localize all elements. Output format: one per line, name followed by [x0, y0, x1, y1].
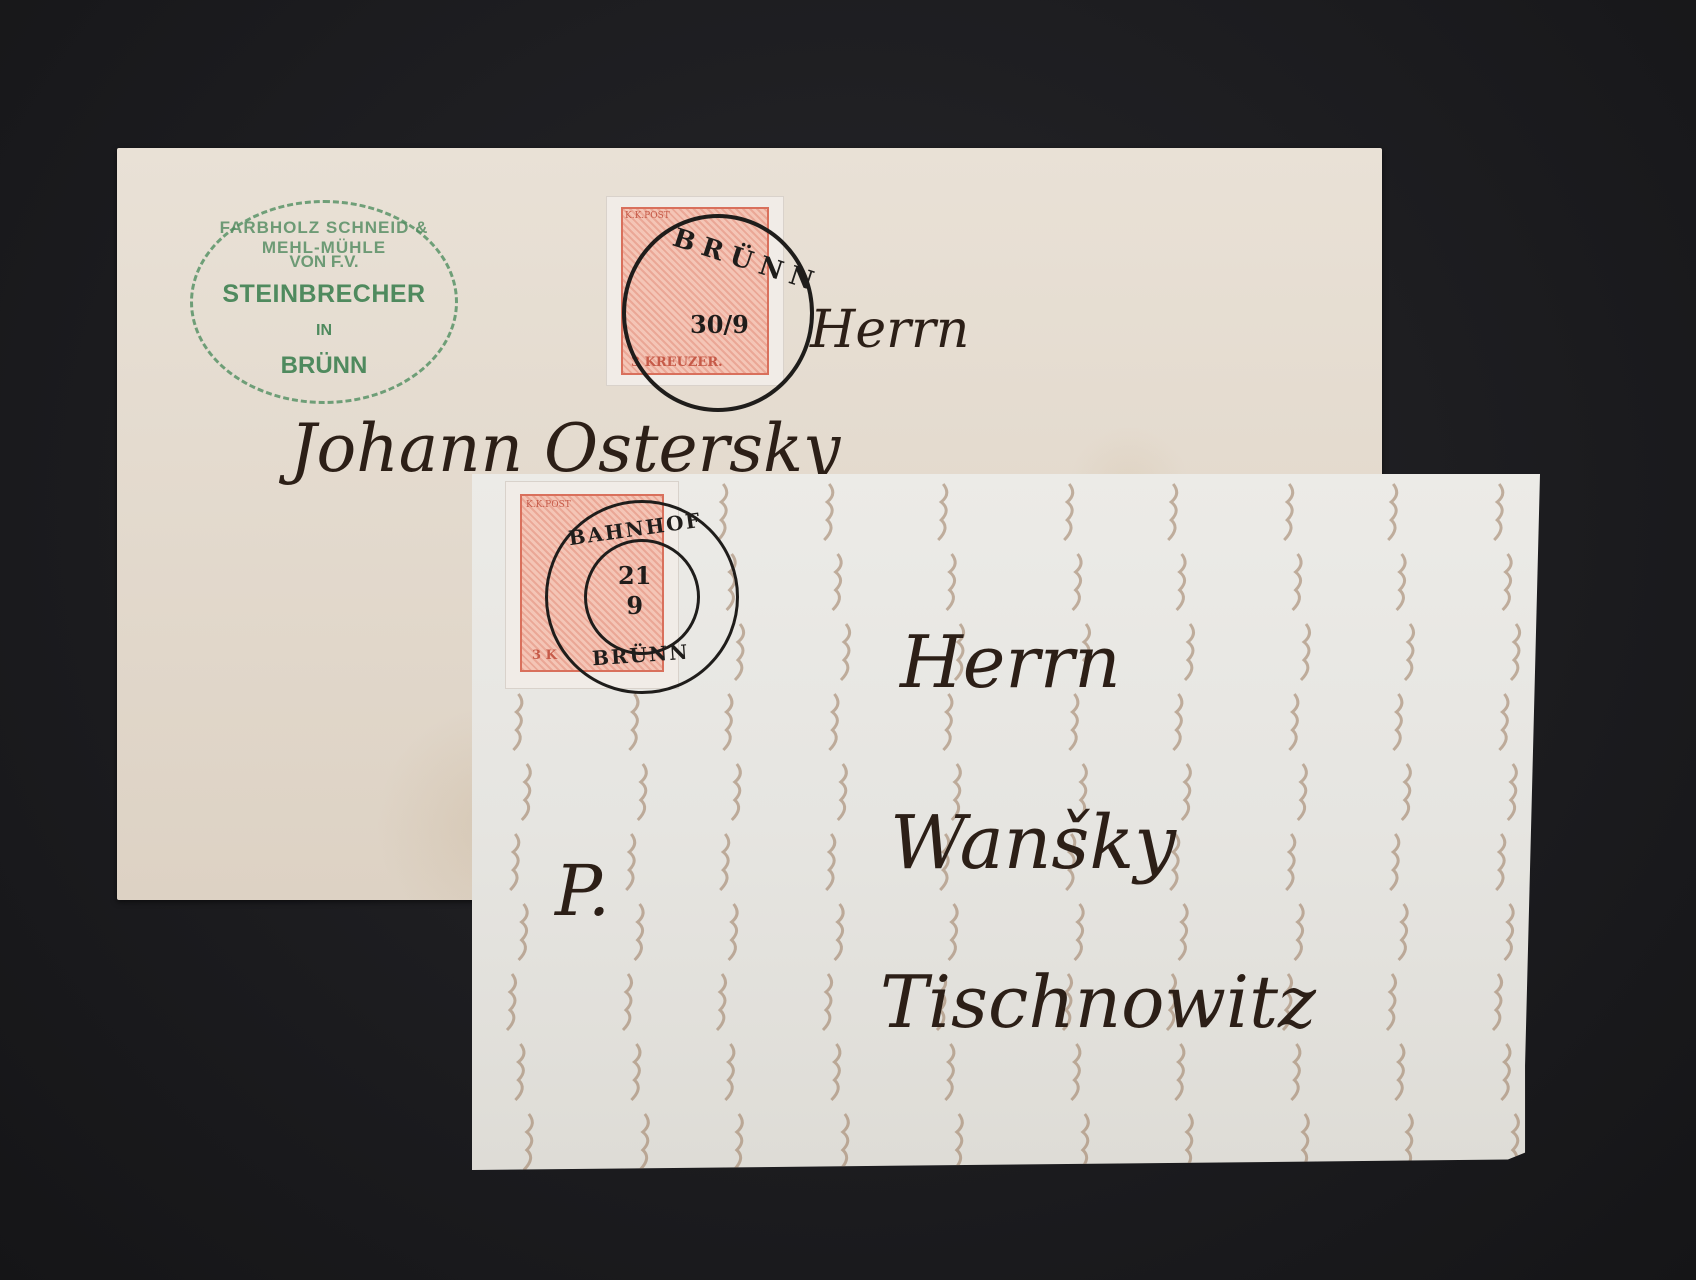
postmark-bottom: BRÜNN: [591, 640, 690, 671]
company-cachet: FARBHOLZ SCHNEID & MEHL-MÜHLE VON F.V. S…: [190, 200, 458, 404]
stamp-top-text: K.K.POST: [526, 500, 571, 510]
stamp-top-text: K.K.POST: [625, 211, 670, 221]
front-address-town: Tischnowitz: [880, 960, 1316, 1044]
cachet-in: IN: [190, 322, 458, 340]
postmark-month: 9: [626, 591, 643, 620]
front-address-salutation: Herrn: [900, 620, 1121, 704]
front-address-name: Wanšky: [890, 800, 1176, 886]
postmark-date: 21 9: [618, 561, 651, 621]
stamp-value: 3 K: [532, 648, 557, 663]
postmark-date: 30/9: [690, 310, 749, 339]
postmark-day: 21: [618, 561, 651, 590]
cachet-name: STEINBRECHER: [190, 280, 458, 309]
postmark-brunn: BRÜNN 30/9: [622, 214, 814, 412]
cachet-von: VON F.V.: [190, 252, 458, 272]
front-address-prefix: P.: [555, 850, 610, 932]
cachet-city: BRÜNN: [190, 352, 458, 380]
postmark-bahnhof-brunn: BAHNHOF 21 9 BRÜNN: [545, 500, 739, 694]
back-address-salutation: Herrn: [810, 300, 969, 360]
